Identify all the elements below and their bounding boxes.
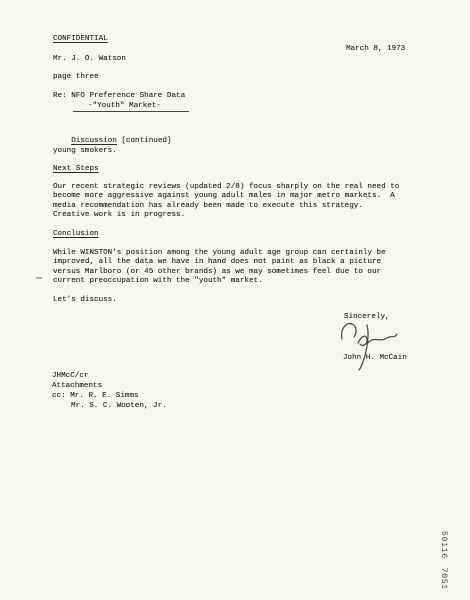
classification-stamp: CONFIDENTIAL	[53, 35, 108, 44]
subject-line-2: -"Youth" Market-	[88, 102, 161, 111]
page-number-line: page three	[53, 73, 99, 82]
bates-number: 50116 7051	[439, 531, 448, 590]
conclusion-body: While WINSTON's position among the young…	[53, 249, 386, 287]
next-steps-body: Our recent strategic reviews (updated 2/…	[53, 183, 399, 221]
discussion-heading: Discussion	[71, 137, 117, 145]
discussion-continued-label: [continued]	[117, 137, 172, 145]
subject-line-1: Re: NFO Preference Share Data	[53, 92, 185, 101]
letter-page: CONFIDENTIAL March 8, 1973 Mr. J. O. Wat…	[0, 0, 470, 600]
subject-underline	[73, 111, 189, 112]
next-steps-heading: Next Steps	[53, 165, 99, 174]
attachments-note: Attachments	[52, 382, 102, 391]
recipient-line: Mr. J. O. Watson	[53, 55, 126, 64]
conclusion-heading: Conclusion	[53, 230, 99, 239]
closing-line: Let's discuss.	[53, 296, 117, 305]
scan-smudge-artifact	[36, 277, 42, 279]
date-line: March 8, 1973	[346, 45, 405, 54]
signature-scribble	[334, 319, 404, 373]
cc-line-1: cc: Mr. R. E. Simms	[52, 392, 139, 401]
typist-reference-initials: JHMcC/cr	[52, 372, 88, 381]
cc-line-2: Mr. S. C. Wooten, Jr.	[71, 402, 167, 411]
signatory-name: John H. McCain	[343, 354, 407, 363]
discussion-body: young smokers.	[53, 147, 117, 156]
